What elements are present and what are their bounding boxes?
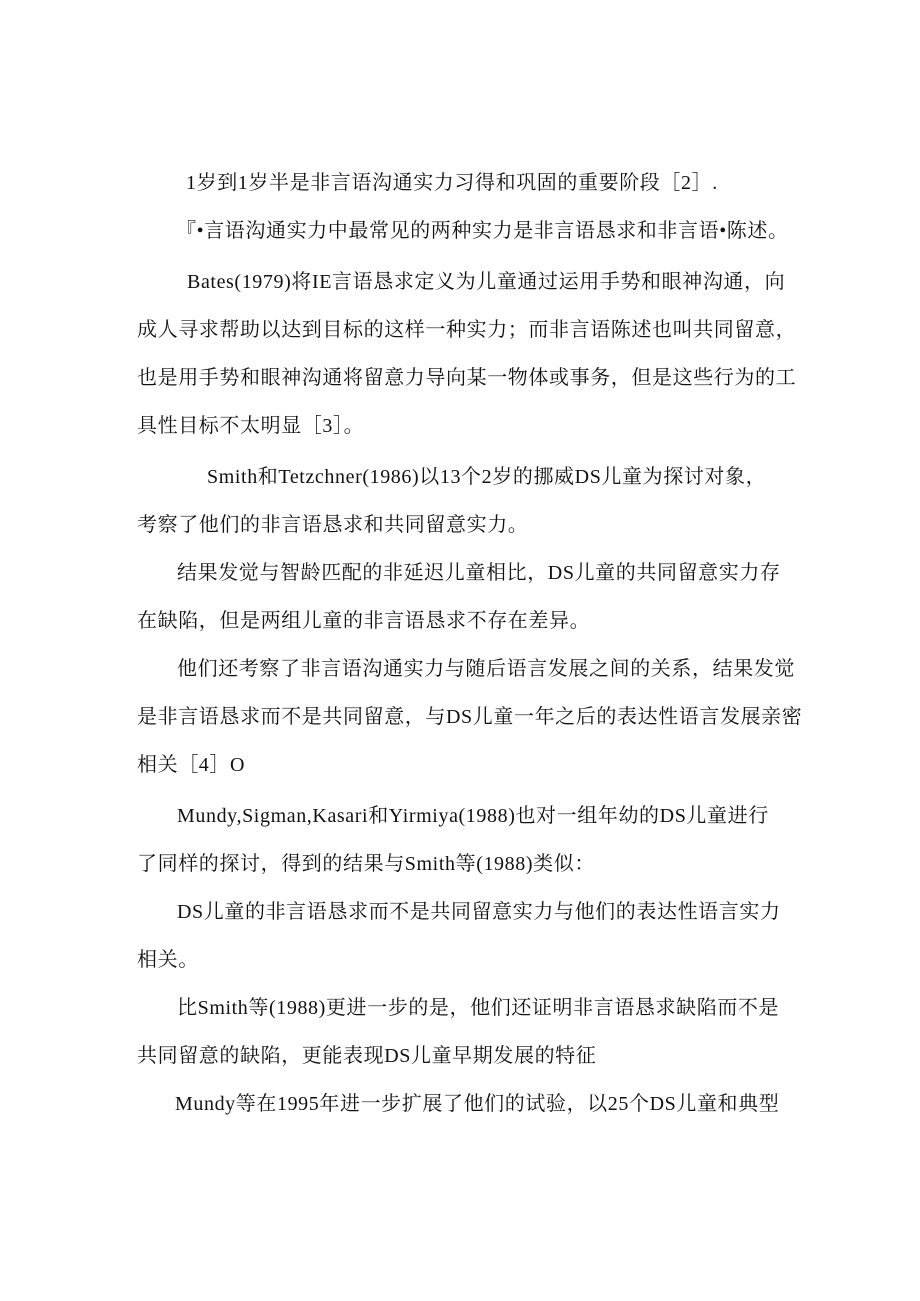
paragraph-9-line-1: 比Smith等(1988)更进一步的是，他们还证明非言语恳求缺陷而不是 bbox=[177, 996, 779, 1020]
paragraph-5-line-2: 在缺陷，但是两组儿童的非言语恳求不存在差异。 bbox=[137, 609, 590, 633]
paragraph-3-line-2: 成人寻求帮助以达到目标的这样一种实力；而非言语陈述也叫共同留意， bbox=[137, 318, 796, 342]
paragraph-8-line-2: 相关。 bbox=[137, 948, 199, 972]
paragraph-10-line-1: Mundy等在1995年进一步扩展了他们的试验，以25个DS儿童和典型 bbox=[175, 1092, 779, 1116]
paragraph-6-line-1: 他们还考察了非言语沟通实力与随后语言发展之间的关系，结果发觉 bbox=[177, 657, 795, 681]
paragraph-3-line-1: Bates(1979)将IE言语恳求定义为儿童通过运用手势和眼神沟通，向 bbox=[187, 270, 785, 294]
document-page: 1岁到1岁半是非言语沟通实力习得和巩固的重要阶段［2］. 『•言语沟通实力中最常… bbox=[0, 0, 920, 1301]
paragraph-3-line-4: 具性目标不太明显［3］。 bbox=[137, 414, 364, 438]
paragraph-7-line-1: Mundy,Sigman,Kasari和Yirmiya(1988)也对一组年幼的… bbox=[177, 804, 769, 828]
paragraph-6-line-2: 是非言语恳求而不是共同留意，与DS儿童一年之后的表达性语言发展亲密 bbox=[137, 705, 802, 729]
paragraph-3-line-3: 也是用手势和眼神沟通将留意力导向某一物体或事务，但是这些行为的工 bbox=[137, 366, 796, 390]
paragraph-9-line-2: 共同留意的缺陷，更能表现DS儿童早期发展的特征 bbox=[137, 1044, 596, 1068]
paragraph-8-line-1: DS儿童的非言语恳求而不是共同留意实力与他们的表达性语言实力 bbox=[177, 900, 781, 924]
paragraph-4-line-2: 考察了他们的非言语恳求和共同留意实力。 bbox=[137, 513, 528, 537]
paragraph-2-line-1: 『•言语沟通实力中最常见的两种实力是非言语恳求和非言语•陈述。 bbox=[176, 219, 789, 243]
paragraph-1-line-1: 1岁到1岁半是非言语沟通实力习得和巩固的重要阶段［2］. bbox=[186, 171, 718, 195]
paragraph-5-line-1: 结果发觉与智龄匹配的非延迟儿童相比，DS儿童的共同留意实力存 bbox=[177, 561, 781, 585]
paragraph-6-line-3: 相关［4］O bbox=[137, 753, 245, 777]
paragraph-4-line-1: Smith和Tetzchner(1986)以13个2岁的挪威DS儿童为探讨对象， bbox=[207, 465, 766, 489]
paragraph-7-line-2: 了同样的探讨，得到的结果与Smith等(1988)类似： bbox=[137, 852, 595, 876]
